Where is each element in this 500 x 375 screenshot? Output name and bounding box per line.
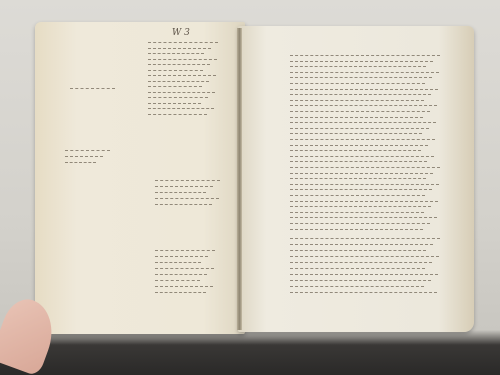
handwritten-line (290, 212, 424, 214)
handwritten-line (290, 117, 423, 119)
handwritten-line (290, 286, 424, 288)
handwritten-line (148, 42, 218, 44)
handwritten-line (290, 195, 425, 197)
handwritten-line (290, 77, 432, 79)
handwritten-line (290, 238, 440, 240)
handwritten-line (65, 150, 110, 152)
handwritten-line (290, 167, 440, 169)
handwritten-line (290, 139, 435, 141)
handwritten-line (155, 198, 219, 200)
handwritten-line (155, 180, 220, 182)
handwritten-line (290, 156, 434, 158)
handwritten-line (155, 268, 214, 270)
handwritten-line (290, 72, 439, 74)
handwritten-line (290, 94, 431, 96)
handwritten-line (290, 133, 422, 135)
handwritten-line (70, 88, 115, 90)
handwritten-line (290, 292, 437, 294)
handwritten-line (155, 286, 213, 288)
handwritten-line (290, 178, 426, 180)
handwritten-line (148, 64, 210, 66)
handwritten-line (290, 256, 439, 258)
handwritten-line (290, 189, 432, 191)
handwritten-line (290, 274, 438, 276)
handwritten-line (290, 229, 423, 231)
handwritten-line (290, 201, 438, 203)
handwritten-line (148, 75, 216, 77)
handwritten-line (290, 128, 429, 130)
handwritten-line (148, 108, 214, 110)
handwritten-line (290, 111, 430, 113)
handwritten-line (290, 105, 437, 107)
handwritten-line (155, 292, 206, 294)
handwritten-line (290, 250, 426, 252)
handwritten-line (155, 192, 206, 194)
handwritten-line (155, 280, 200, 282)
handwritten-line (148, 53, 204, 55)
handwritten-line (290, 184, 439, 186)
handwritten-line (290, 280, 431, 282)
handwritten-line (148, 97, 208, 99)
left-page (35, 22, 245, 334)
handwritten-line (290, 268, 425, 270)
handwritten-line (290, 83, 425, 85)
handwritten-line (290, 66, 426, 68)
left-page-heading: W 3 (172, 28, 190, 38)
handwritten-line (290, 100, 424, 102)
handwritten-line (148, 86, 202, 88)
handwritten-line (155, 256, 208, 258)
handwritten-line (148, 48, 211, 50)
handwritten-line (290, 262, 432, 264)
handwritten-line (290, 61, 433, 63)
handwritten-line (65, 156, 103, 158)
handwritten-line (65, 162, 96, 164)
handwritten-line (148, 59, 217, 61)
handwritten-line (148, 70, 203, 72)
handwritten-line (290, 206, 431, 208)
handwritten-line (290, 223, 430, 225)
handwritten-line (290, 150, 421, 152)
handwritten-line (148, 81, 209, 83)
handwritten-line (290, 89, 438, 91)
handwritten-line (155, 274, 207, 276)
handwritten-line (290, 122, 436, 124)
handwritten-line (290, 244, 433, 246)
handwritten-line (155, 204, 212, 206)
handwritten-line (290, 217, 437, 219)
handwritten-line (155, 186, 213, 188)
handwritten-line (155, 250, 215, 252)
handwritten-line (290, 55, 440, 57)
handwritten-line (290, 145, 428, 147)
handwritten-line (148, 103, 201, 105)
handwritten-line (290, 173, 433, 175)
handwritten-line (290, 161, 427, 163)
handwritten-line (155, 262, 201, 264)
handwritten-line (148, 114, 207, 116)
book-spine (237, 28, 242, 330)
handwritten-line (148, 92, 215, 94)
